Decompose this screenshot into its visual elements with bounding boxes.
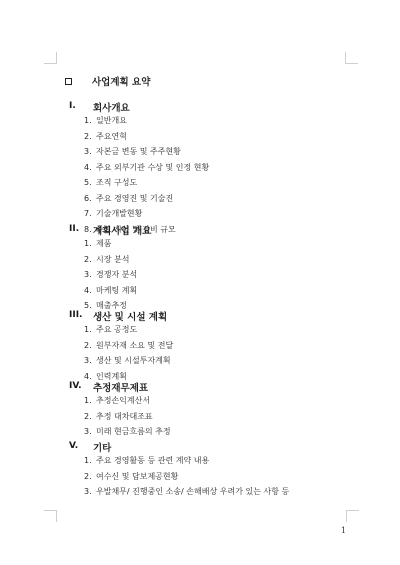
section-item-list: 1.제품 2.시장 분석 3.경쟁자 분석 4.마케팅 계획 5.매출추정 [84, 238, 137, 316]
list-item: 3.경쟁자 분석 [84, 269, 137, 285]
list-item: 2.추정 대차대조표 [84, 411, 171, 427]
list-item: 3.생산 및 시설투자계획 [84, 355, 173, 371]
section-item-list: 1.주요 공정도 2.원부자재 소요 및 전달 3.생산 및 시설투자계획 4.… [84, 324, 173, 386]
section-item-list: 1.추정손익계산서 2.추정 대차대조표 3.미래 현금흐름의 추정 [84, 395, 171, 442]
list-item: 6.주요 경영진 및 기술진 [84, 193, 209, 209]
document-title: 사업계획 요약 [92, 74, 150, 88]
crop-mark-top-left [44, 52, 57, 64]
list-item: 3.자본금 변동 및 주주현황 [84, 146, 209, 162]
crop-mark-top-right [345, 52, 358, 64]
list-item: 4.마케팅 계획 [84, 285, 137, 301]
section-numeral: III. [69, 310, 82, 320]
section-heading: 기타 [93, 440, 111, 454]
section-numeral: IV. [69, 381, 82, 391]
document-title-row: 사업계획 요약 [65, 76, 72, 87]
square-bullet-icon [65, 78, 72, 85]
section-item-list: 1.일반개요 2.주요연혁 3.자본금 변동 및 주주현황 4.주요 외부기관 … [84, 115, 209, 239]
list-item: 4.주요 외부기관 수상 및 인정 현황 [84, 162, 209, 178]
section-heading: 회사개요 [93, 100, 130, 114]
crop-mark-bottom-right [346, 510, 359, 522]
list-item: 2.여수신 및 담보제공현황 [84, 471, 289, 487]
list-item: 1.일반개요 [84, 115, 209, 131]
list-item: 2.주요연혁 [84, 131, 209, 147]
crop-mark-bottom-left [44, 510, 57, 522]
list-item: 1.추정손익계산서 [84, 395, 171, 411]
section-heading: 추정재무제표 [93, 380, 148, 394]
section-numeral: II. [69, 224, 79, 234]
list-item: 2.원부자재 소요 및 전달 [84, 340, 173, 356]
section-heading: 생산 및 시설 계획 [93, 309, 167, 323]
section-heading: 계획사업 개요 [93, 223, 151, 237]
list-item: 7.기술개발현황 [84, 208, 209, 224]
list-item: 1.주요 공정도 [84, 324, 173, 340]
section-numeral: I. [69, 101, 76, 111]
list-item: 3.우발채무/ 진행중인 소송/ 손해배상 우려가 있는 사항 등 [84, 486, 289, 502]
section-numeral: V. [69, 441, 78, 451]
list-item: 2.시장 분석 [84, 254, 137, 270]
list-item: 5.조직 구성도 [84, 177, 209, 193]
page-number: 1 [341, 526, 346, 535]
section-item-list: 1.주요 경영활동 등 관련 계약 내용 2.여수신 및 담보제공현황 3.우발… [84, 455, 289, 502]
list-item: 1.주요 경영활동 등 관련 계약 내용 [84, 455, 289, 471]
list-item: 1.제품 [84, 238, 137, 254]
